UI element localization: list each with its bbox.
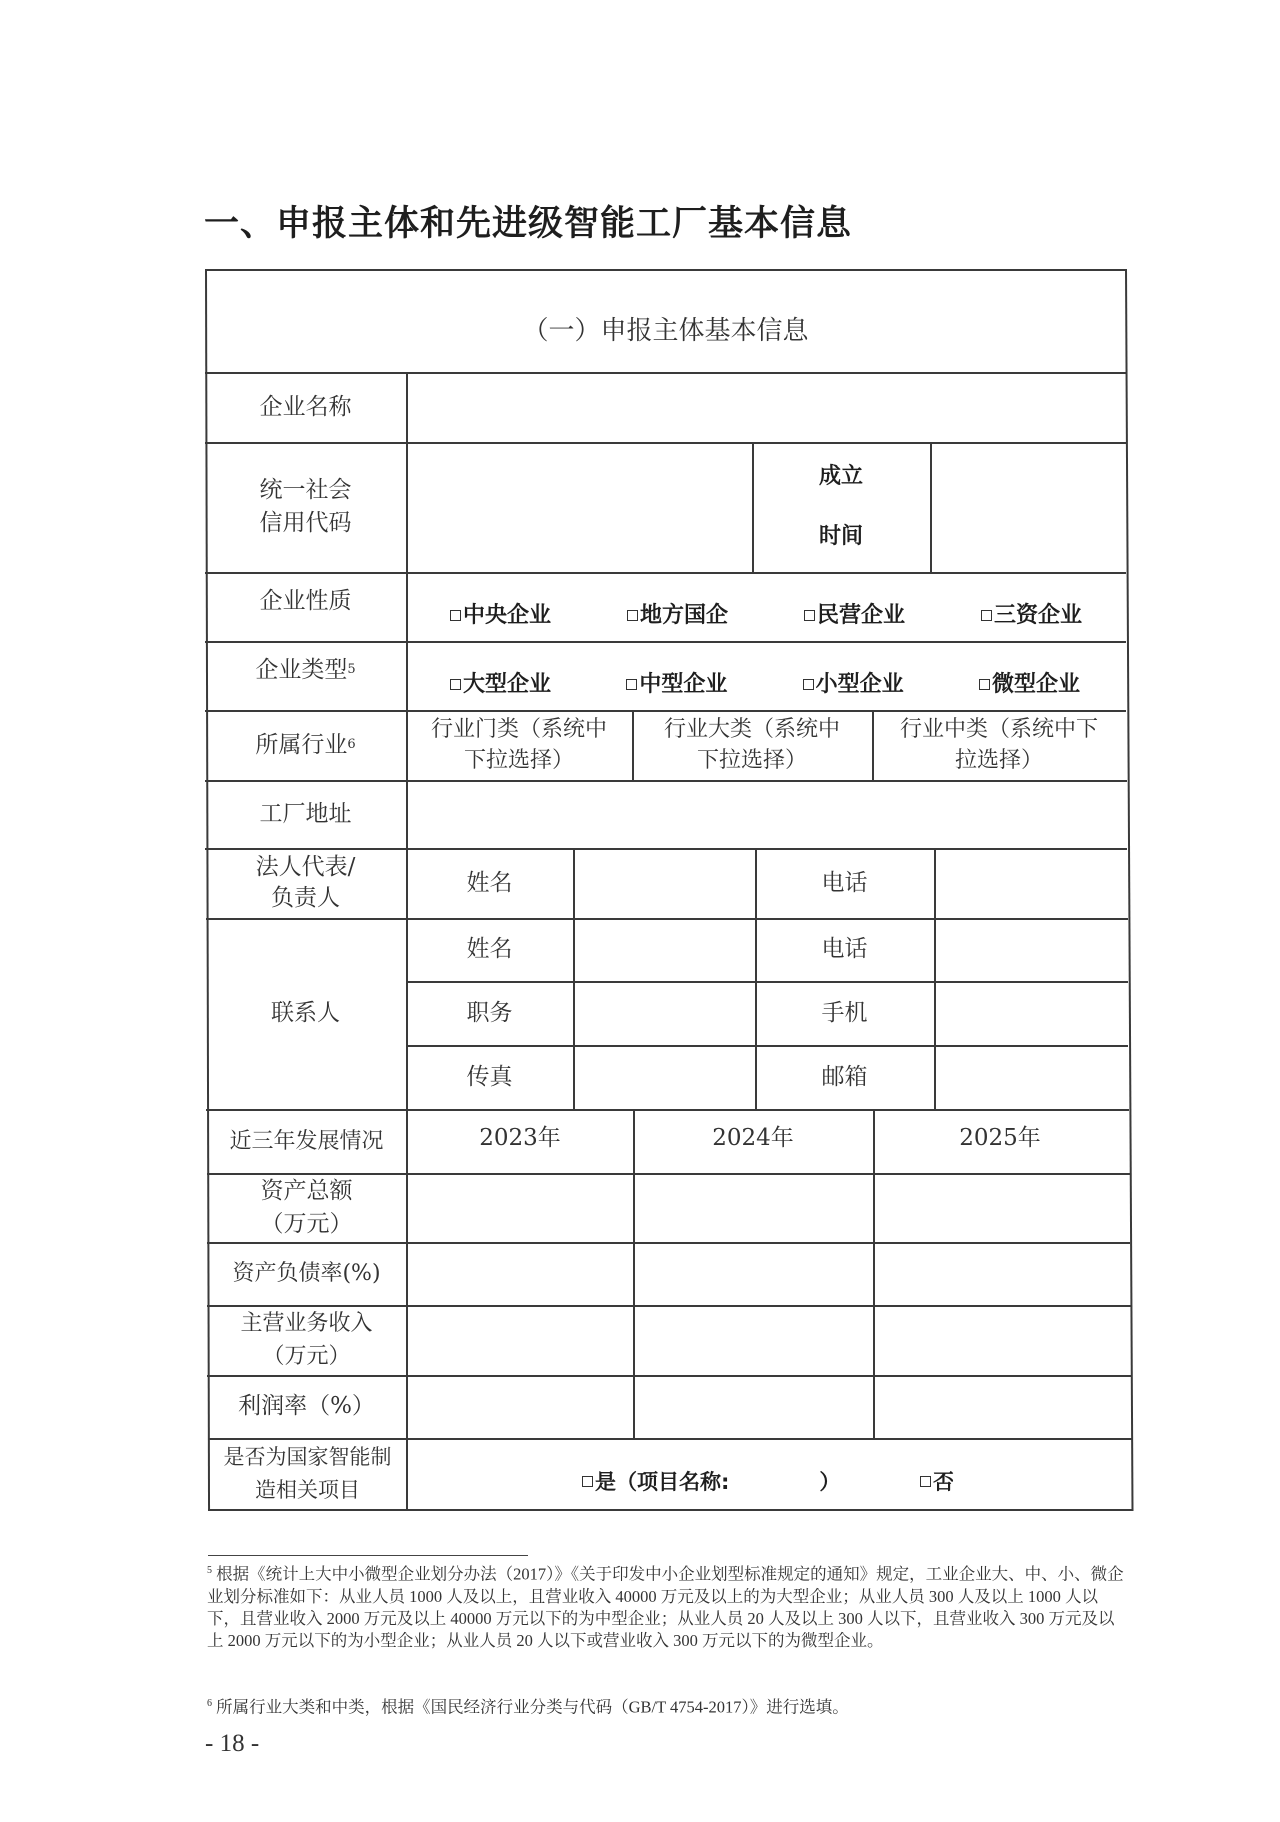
contact-position-label: 职务 [406,981,573,1045]
nature-label: 企业性质 [205,572,406,630]
legal-rep-phone-label: 电话 [755,848,934,918]
page-number: - 18 - [205,1730,259,1758]
founded-label-line1: 成立 [819,447,863,507]
debt-ratio-label: 资产负债率(%) [206,1242,407,1305]
industry-major-select[interactable]: 行业大类（系统中 下拉选择） [632,710,872,780]
contact-mobile-label: 手机 [755,981,934,1045]
revenue-2024-field[interactable] [635,1307,871,1373]
revenue-2025-field[interactable] [875,1307,1125,1373]
contact-email-label: 邮箱 [755,1045,934,1109]
footnote-6: 6 所属行业大类和中类，根据《国民经济行业分类与代码（GB/T 4754-201… [207,1693,1127,1719]
table-border-right [1125,269,1134,1511]
profit-rate-2024-field[interactable] [635,1377,871,1436]
development-label: 近三年发展情况 [206,1109,407,1173]
debt-ratio-2025-field[interactable] [875,1244,1125,1303]
credit-code-field[interactable] [408,444,751,570]
size-type-label: 企业类型5 [205,641,406,699]
nature-options: 中央企业 地方国企 民营企业 三资企业 [406,590,1126,641]
credit-code-label-line2: 信用代码 [260,507,352,540]
page-heading: 一、申报主体和先进级智能工厂基本信息 [204,196,852,246]
contact-phone-field[interactable] [936,920,1124,979]
national-project-label: 是否为国家智能制 造相关项目 [207,1438,408,1509]
total-assets-2025-field[interactable] [875,1175,1125,1240]
contact-mobile-field[interactable] [936,983,1124,1043]
checkbox-icon[interactable] [804,610,815,621]
industry-label: 所属行业6 [205,710,406,780]
year-header-2023: 2023年 [407,1109,633,1167]
nature-option-foreign[interactable]: 三资企业 [981,599,1082,632]
contact-phone-label: 电话 [755,918,934,981]
company-name-label: 企业名称 [205,372,406,442]
footnote-separator [208,1555,528,1556]
founded-date-field[interactable] [932,444,1124,570]
national-project-no-option[interactable]: 否 [920,1466,954,1496]
legal-rep-name-label: 姓名 [406,848,573,918]
legal-rep-phone-field[interactable] [936,850,1124,916]
industry-medium-select[interactable]: 行业中类（系统中下 拉选择） [872,710,1126,780]
size-option-medium[interactable]: 中型企业 [626,668,727,701]
contact-fax-field[interactable] [575,1047,753,1107]
nature-option-local-soe[interactable]: 地方国企 [627,599,728,632]
founded-date-label: 成立 时间 [752,442,930,572]
total-assets-label: 资产总额 （万元） [206,1173,407,1242]
size-option-large[interactable]: 大型企业 [450,668,551,701]
size-option-micro[interactable]: 微型企业 [979,668,1080,701]
checkbox-icon[interactable] [803,679,814,690]
table-border-bottom [208,1509,1132,1511]
size-option-small[interactable]: 小型企业 [803,668,904,701]
contact-name-label: 姓名 [406,918,573,981]
factory-address-field[interactable] [408,782,1124,846]
contact-position-field[interactable] [575,983,753,1043]
credit-code-label-line1: 统一社会 [260,474,352,507]
founded-label-line2: 时间 [819,507,863,567]
total-assets-2024-field[interactable] [635,1175,871,1240]
nature-option-central[interactable]: 中央企业 [450,599,551,632]
profit-rate-label: 利润率（%） [206,1375,407,1438]
revenue-label: 主营业务收入 （万元） [206,1305,407,1375]
profit-rate-2023-field[interactable] [409,1377,631,1436]
profit-rate-2025-field[interactable] [875,1377,1125,1436]
checkbox-icon[interactable] [981,610,992,621]
checkbox-icon[interactable] [582,1476,593,1487]
checkbox-icon[interactable] [450,679,461,690]
contact-name-field[interactable] [575,920,753,979]
checkbox-icon[interactable] [450,610,461,621]
revenue-2023-field[interactable] [409,1307,631,1373]
legal-rep-name-field[interactable] [575,850,753,916]
checkbox-icon[interactable] [626,679,637,690]
debt-ratio-2023-field[interactable] [409,1244,631,1303]
nature-option-private[interactable]: 民营企业 [804,599,905,632]
national-project-yes-option[interactable]: 是（项目名称: ） [582,1466,840,1496]
industry-category-select[interactable]: 行业门类（系统中 下拉选择） [406,710,632,780]
year-header-2024: 2024年 [633,1109,873,1167]
credit-code-label: 统一社会 信用代码 [205,442,406,572]
factory-address-label: 工厂地址 [205,780,406,848]
section-title: （一）申报主体基本信息 [205,290,1126,372]
checkbox-icon[interactable] [920,1476,931,1487]
contact-email-field[interactable] [936,1047,1124,1107]
table-border-top [205,269,1126,271]
checkbox-icon[interactable] [979,679,990,690]
size-type-options: 大型企业 中型企业 小型企业 微型企业 [440,658,1090,710]
contact-fax-label: 传真 [406,1045,573,1109]
year-header-2025: 2025年 [873,1109,1127,1167]
legal-rep-label: 法人代表/ 负责人 [205,848,406,918]
total-assets-2023-field[interactable] [409,1175,631,1240]
footnote-5: 5 根据《统计上大中小微型企业划分办法（2017）》《关于印发中小企业划型标准规… [207,1560,1127,1652]
checkbox-icon[interactable] [627,610,638,621]
contact-label: 联系人 [205,918,406,1109]
company-name-field[interactable] [408,374,1124,440]
debt-ratio-2024-field[interactable] [635,1244,871,1303]
